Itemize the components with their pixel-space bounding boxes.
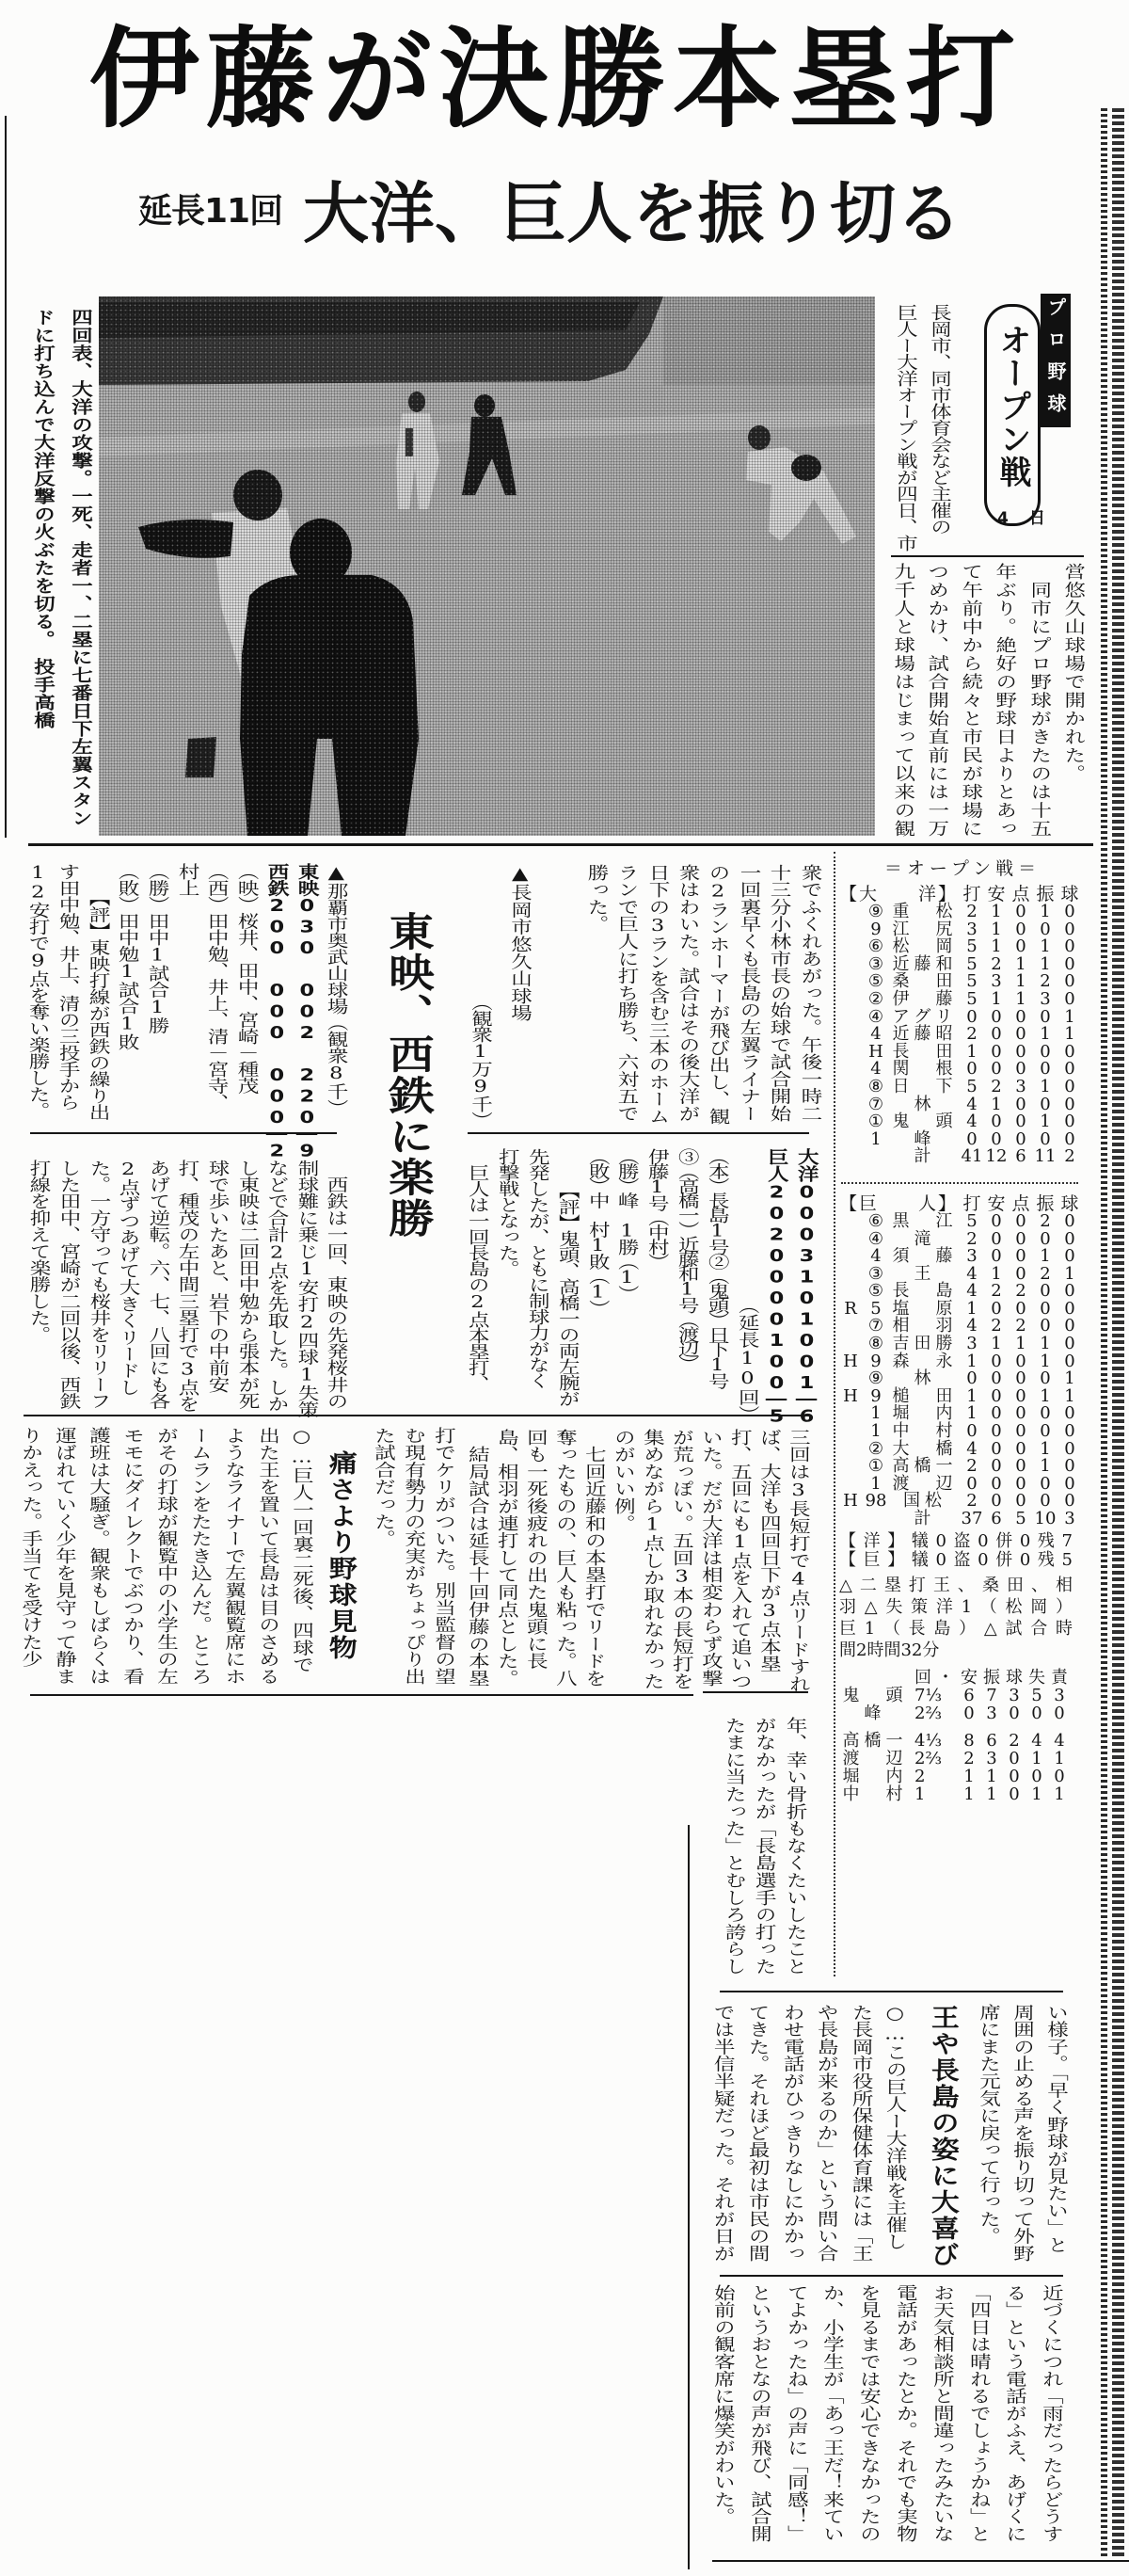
rbi: 3	[1009, 1079, 1033, 1096]
total-separator	[295, 1133, 317, 1142]
walks: 3	[1003, 1687, 1026, 1704]
substitution-mark: H	[839, 1493, 862, 1511]
team-name: 東映	[294, 863, 319, 896]
linescore: 大洋00031010016巨人20200001005	[761, 1148, 821, 1416]
pitcher-name: 堀 内	[839, 1768, 911, 1785]
team-name: 巨人	[765, 1148, 789, 1183]
rbi: 0	[1009, 1423, 1033, 1441]
innings-pitched: 7⅓	[911, 1687, 958, 1704]
headline-text: 東映、西鉄に楽勝	[380, 911, 437, 1250]
column-rule	[30, 1694, 693, 1696]
strikeouts: 0	[1033, 1423, 1057, 1441]
hits-allowed: 2	[958, 1750, 980, 1768]
column-header: 安	[958, 1669, 980, 1687]
at-bats: 2	[960, 1026, 984, 1044]
pitcher-name: 高橋一	[839, 1732, 911, 1750]
strikeouts: 7	[980, 1687, 1003, 1704]
substitution-mark: R	[839, 1301, 862, 1319]
vertical-rule	[688, 1825, 690, 2569]
position: ⑥	[862, 938, 890, 956]
rbi: 0	[1009, 1213, 1033, 1231]
hits-allowed: 8	[958, 1732, 980, 1750]
substitution-mark: H	[839, 1388, 862, 1406]
adjacent-article-edge	[1099, 108, 1127, 2558]
column-header: 失	[1026, 1669, 1048, 1687]
runs: 0	[1026, 1768, 1048, 1785]
innings-pitched: 1	[911, 1785, 958, 1803]
total-runs: 9	[294, 1142, 319, 1161]
injury-sidebar-end: い様子。「早く野球が見たい」と周囲の止める声を振り切って外野席にまた元気に戻って…	[971, 2004, 1073, 2267]
hits: 0	[984, 1248, 1009, 1266]
box-score: ＝オープン戦＝ 【大 洋】 打 安 点 振 球 ⑨ 重 松 2 1 0 1 0 …	[839, 856, 1086, 1803]
hits: 1	[984, 1336, 1009, 1353]
team-total-row: 計 41 12 6 11 2	[839, 1148, 1086, 1166]
text-column: たまに当たった」とむしろ誇らし	[713, 1717, 752, 1982]
at-bats: 5	[960, 1213, 984, 1231]
team-total-row: 計 37 6 5 10 3	[839, 1511, 1086, 1528]
walks: 0	[1057, 904, 1082, 921]
player-name: 日 下	[890, 1079, 960, 1096]
pitcher-name: 峰	[839, 1704, 911, 1722]
column-header: 振	[1033, 885, 1057, 904]
pitching-row: 渡 辺 2⅔ 2 3 0 1 1	[839, 1750, 1086, 1768]
strikeouts: 11	[1033, 1148, 1057, 1166]
photo-caption: 四回表、大洋の攻撃。一死、走者一、二塁に七番日下左翼スタンドに打ち込んで大洋反撃…	[19, 309, 99, 836]
innings-pitched: 2	[911, 1768, 958, 1785]
earned-runs: 1	[1048, 1785, 1071, 1803]
text-column: 九千人と球場はじまって以来の観	[881, 563, 923, 840]
strikeouts: 1	[1033, 1113, 1057, 1131]
venue-line: ▲長岡市悠久山球場	[504, 864, 534, 1033]
position: 1	[862, 1131, 890, 1149]
text-column: 始前の観客席に爆笑がわいた。	[699, 2284, 744, 2552]
runs: 1	[1026, 1785, 1048, 1803]
team-label: 【巨 人】	[839, 1194, 960, 1213]
player-name: 中 村	[890, 1423, 960, 1441]
heading-text: 王や長島の姿に大喜び	[919, 2005, 967, 2273]
strikeouts: 1	[980, 1785, 1003, 1803]
series-title: オープン戦	[994, 324, 1031, 488]
rbi: 1	[1009, 1336, 1033, 1353]
strikeouts: 1	[1033, 1336, 1057, 1353]
walks: 0	[1003, 1768, 1026, 1785]
at-bats: 37	[960, 1511, 984, 1528]
total-runs: 2	[264, 1142, 289, 1161]
column-header: 責	[1048, 1669, 1071, 1687]
at-bats: 41	[960, 1148, 984, 1166]
player-name: 松 岡	[890, 938, 960, 956]
earned-runs: 4	[1048, 1732, 1071, 1750]
category-label: プロ野球	[1044, 297, 1067, 425]
hits-allowed: 1	[958, 1785, 980, 1803]
hits-allowed: 6	[958, 1687, 980, 1704]
column-header: 打	[960, 885, 984, 904]
batting-row: ⑧ 日 下 5 2 3 1 0	[839, 1079, 1086, 1096]
heading-text: 痛さより野球見物	[317, 1450, 365, 1676]
main-story-continued: 衆でふくれあがった。午後一時二十三分小林市長の始球で試合開始一回裏早くも長島の左…	[580, 864, 824, 1128]
giants-taiyo-linescore-block: 大洋00031010016巨人20200001005 （延長10回） （本）長島…	[462, 1148, 821, 1416]
venue-text: ▲長岡市悠久山球場	[501, 864, 538, 1033]
game-notes: △二塁打王、桑田、相羽△失策洋1（松岡）巨1（長島）△試合時間2時間32分	[839, 1575, 1086, 1661]
earned-runs: 1	[1048, 1750, 1071, 1768]
inning-scores: 030 002 220	[294, 896, 319, 1129]
hits: 12	[984, 1148, 1009, 1166]
at-bats: 0	[960, 1423, 984, 1441]
text-column: 席にまた元気に戻って行った。	[967, 2004, 1010, 2267]
batting-row: ⑥ 黒 江 5 0 0 2 0	[839, 1213, 1086, 1231]
walks: 0	[1057, 1079, 1082, 1096]
column-rule	[712, 2560, 1129, 2562]
strikeouts: 1	[1033, 1248, 1057, 1266]
at-bats: 3	[960, 1336, 984, 1353]
batting-row: ① 鬼 頭 4 0 0 1 0	[839, 1113, 1086, 1131]
pitching-row: 中 村 1 1 1 0 1 1	[839, 1785, 1086, 1803]
main-story-body: 営悠久山球場で開かれた。 同市にプロ野球がきたのは十五年ぶり。絶好の野球日よりと…	[885, 563, 1089, 840]
player-name: 伊 藤	[890, 991, 960, 1009]
substitution-mark: H	[839, 1353, 862, 1371]
at-bats: 5	[960, 938, 984, 956]
column-rule	[30, 1132, 337, 1134]
pitching-row: 堀 内 2 1 1 0 0 0	[839, 1768, 1086, 1785]
category-band: プロ野球	[1041, 294, 1071, 427]
walks: 0	[1057, 1248, 1082, 1266]
batting-row: 4 須 藤 3 0 0 1 0	[839, 1248, 1086, 1266]
team-header: 【大 洋】 打 安 点 振 球	[839, 885, 1086, 904]
walks: 3	[1057, 1511, 1082, 1528]
text-column: 巨人ー大洋オープン戦が四日、市	[884, 304, 927, 553]
game-record: （映）桜井、田中、宮崎－種茂（西）田中勉、井上、清－宮寺、村上（勝）田中1試合1…	[112, 863, 262, 1131]
toei-nishitetsu-headline: 東映、西鉄に楽勝	[384, 911, 433, 1250]
position: ②	[862, 991, 890, 1009]
injury-sidebar-body: ○…巨人一回裏二死後、四球で出た王を置いて長島は目のさめるようなライナーで左翼観…	[13, 1427, 318, 1692]
walks: 0	[1003, 1785, 1026, 1803]
game-review-continued: 三回は3長短打で4点リードすれば、大洋も四回日下が3点本塁打、五回にも1点を入れ…	[463, 1429, 813, 1692]
team-name: 西鉄	[264, 863, 289, 896]
text-column: 12安打で9点を奪い楽勝した。	[19, 863, 56, 1131]
game-review: 【評】鬼頭、高橋一の両左腕が先発したが、ともに制球力がなく打撃戦となった。 巨人…	[462, 1148, 581, 1416]
strikeouts: 6	[980, 1732, 1003, 1750]
innings-pitched: 2⅔	[911, 1750, 958, 1768]
text-column: 巨人は一回長島の2点本塁打、	[458, 1148, 496, 1416]
batting-row: 1 中 村 0 0 0 0 0	[839, 1423, 1086, 1441]
player-name: 須 藤	[890, 1248, 960, 1266]
column-header: 回・	[911, 1669, 958, 1687]
dotted-column-separator	[834, 852, 835, 1976]
column-header: 振	[980, 1669, 1003, 1687]
column-header: 球	[1003, 1669, 1026, 1687]
player-name: 黒 江	[890, 1213, 960, 1231]
pitcher-name: 渡 辺	[839, 1750, 911, 1768]
text-column: では半信半疑だった。それが日が	[701, 2004, 744, 2267]
strikeouts: 1	[1033, 1079, 1057, 1096]
walks: 0	[1057, 1213, 1082, 1231]
newspaper-page: 伊藤が決勝本塁打 延長11回 大洋、巨人を振り切る	[0, 0, 1129, 2576]
inning-scores: 2020000100	[765, 1183, 789, 1395]
main-headline: 伊藤が決勝本塁打	[89, 24, 1023, 134]
innings-pitched: 4⅓	[911, 1732, 958, 1750]
hits: 0	[984, 1113, 1009, 1131]
batting-row: ⑥ 松 岡 5 1 0 1 0	[839, 938, 1086, 956]
pitching-row: 峰 2⅔ 0 3 0 0 0	[839, 1704, 1086, 1722]
player-name: 近藤昭	[890, 1026, 960, 1044]
injury-sidebar-continued: 年、幸い骨折もなくたいしたことがなかったが「長島選手の打ったたまに当たった」とむ…	[717, 1717, 809, 1982]
attendance-line: （観衆1万9千）	[465, 994, 495, 1126]
walks: 0	[1057, 1423, 1082, 1441]
walks: 2	[1057, 1148, 1082, 1166]
column-header: 安	[984, 885, 1009, 904]
walks: 2	[1003, 1732, 1026, 1750]
runs: 0	[1026, 1704, 1048, 1722]
position: ⑧	[862, 1336, 890, 1353]
innings-pitched: 2⅔	[911, 1704, 958, 1722]
game-note-line: 巨1（長島）△試合時	[839, 1618, 1073, 1640]
total-label: 計	[890, 1511, 960, 1528]
strikeouts: 1	[1033, 904, 1057, 921]
position: ⑧	[862, 1079, 890, 1096]
player-name: 吉田勝	[890, 1336, 960, 1353]
total-runs: 5	[765, 1407, 789, 1427]
pitching-row: 高橋一 4⅓ 8 6 2 4 4	[839, 1732, 1086, 1750]
earned-runs: 0	[1048, 1768, 1071, 1785]
main-story-lead: 長岡市、同市体育会など主催の巨人ー大洋オープン戦が四日、市	[888, 304, 956, 553]
text-column: た試合だった。	[364, 1427, 402, 1692]
at-bats: 5	[960, 991, 984, 1009]
position: ⑥	[862, 1213, 890, 1231]
hits: 0	[984, 1213, 1009, 1231]
column-header: 打	[960, 1194, 984, 1213]
earned-runs: 0	[1048, 1704, 1071, 1722]
strikeouts: 3	[980, 1704, 1003, 1722]
rbi: 0	[1009, 1026, 1033, 1044]
text-column: 勝った。	[577, 864, 615, 1128]
position: 1	[862, 1423, 890, 1441]
team-header: 【巨 人】 打 安 点 振 球	[839, 1194, 1086, 1213]
earned-runs: 3	[1048, 1687, 1071, 1704]
batting-rows: ⑥ 黒 江 5 0 0 2 0 ④ 滝 2 0 0 0 0 4 須 藤 3	[839, 1213, 1086, 1511]
hits: 0	[984, 1423, 1009, 1441]
halftone-texture	[99, 296, 875, 836]
column-header: 球	[1057, 1194, 1082, 1213]
fans-sidebar-continued: 近づくにつれ「雨だったらどうする」という電話がふえ、あげくに「四日は晴れるでしょ…	[704, 2284, 1069, 2552]
batting-row: ② 伊 藤 5 1 1 3 0	[839, 991, 1086, 1009]
rbi: 5	[1009, 1511, 1033, 1528]
team-label: 【大 洋】	[839, 885, 960, 904]
column-header: 振	[1033, 1194, 1057, 1213]
strikeouts: 10	[1033, 1511, 1057, 1528]
batting-row: ⑧ 吉田勝 3 1 1 1 0	[839, 1336, 1086, 1353]
clipping-left-border	[5, 116, 7, 838]
runs: 1	[1026, 1750, 1048, 1768]
position: 98	[862, 1493, 890, 1511]
hits: 2	[984, 1079, 1009, 1096]
column-rule	[468, 1132, 809, 1134]
rbi: 0	[1009, 1113, 1033, 1131]
pitcher-name: 鬼 頭	[839, 1687, 911, 1704]
game-record: （本）長島1号②（鬼頭）日下1号③（高橋一）近藤和1号（渡辺）伊藤1号（中村）（…	[582, 1148, 732, 1416]
column-rule	[28, 843, 1093, 846]
game-review-end: 打でケリがついた。別当監督の望む現有勢力の充実がちょっぴり出た試合だった。	[368, 1427, 458, 1692]
series-title-box: オープン戦	[984, 304, 1041, 526]
column-header: 安	[984, 1194, 1009, 1213]
walks: 0	[1003, 1750, 1026, 1768]
game-photo	[99, 296, 875, 836]
walks: 0	[1003, 1704, 1026, 1722]
strikeouts: 1	[1033, 938, 1057, 956]
game-review: 【評】東映打線が西鉄の繰り出す田中勉、井上、清の三投手から12安打で9点を奪い楽…	[23, 863, 112, 1131]
column-rule	[720, 2275, 1063, 2277]
column-rule	[720, 1991, 1063, 1992]
player-name: 重 松	[890, 904, 960, 921]
hits: 1	[984, 991, 1009, 1009]
game-note-line: 間2時間32分	[839, 1640, 1073, 1661]
walks: 0	[1057, 991, 1082, 1009]
toei-nishitetsu-story: 西鉄は一回、東映の先発桜井の制球難に乗じ1安打2四球1失策などで合計2点を先取し…	[24, 1160, 351, 1414]
text-column: りかえった。手当てを受けた少	[9, 1427, 52, 1692]
total-runs: 6	[794, 1407, 819, 1427]
position: ⑨	[862, 904, 890, 921]
batting-rows: ⑨ 重 松 2 1 0 1 0 9 江 尻 3 1 0 0 0 ⑥ 松 岡 5	[839, 904, 1086, 1148]
position: 4	[862, 1248, 890, 1266]
team-note-line: 【洋】犠0盗0併0残7	[839, 1532, 1073, 1552]
caption-column: ドに打ち込んで大洋反撃の火ぶたを切る。 投手高橋	[19, 309, 66, 836]
strikeouts: 1	[980, 1768, 1003, 1785]
inning-scores: 200 000 000	[264, 896, 289, 1129]
position: ①	[862, 1113, 890, 1131]
series-date: 4日	[997, 511, 1066, 527]
pitching-rows-giants: 高橋一 4⅓ 8 6 2 4 4 渡 辺 2⅔ 2 3 0 1 1 堀 内 2 …	[839, 1732, 1086, 1803]
rbi: 1	[1009, 991, 1033, 1009]
team-name: 大洋	[794, 1148, 819, 1183]
headline-kicker: 延長11回	[138, 195, 282, 229]
pitching-rows-taiyo: 鬼 頭 7⅓ 6 7 3 5 3 峰 2⅔ 0 3 0 0 0	[839, 1687, 1086, 1722]
rbi: 0	[1009, 1248, 1033, 1266]
strikeouts: 3	[1033, 991, 1057, 1009]
rbi: 0	[1009, 904, 1033, 921]
attendance-text: （観衆1万9千）	[461, 994, 499, 1126]
hits-allowed: 1	[958, 1768, 980, 1785]
walks: 0	[1057, 1113, 1082, 1131]
total-separator	[766, 1399, 787, 1407]
column-header: 点	[1009, 1194, 1033, 1213]
batting-row: ⑨ 重 松 2 1 0 1 0	[839, 904, 1086, 921]
walks: 1	[1057, 1026, 1082, 1044]
player-name: 鬼 頭	[890, 1113, 960, 1131]
column-header: 点	[1009, 885, 1033, 904]
inning-scores: 0003101001	[794, 1183, 819, 1395]
strikeouts: 2	[1033, 1213, 1057, 1231]
hits: 0	[984, 1026, 1009, 1044]
total-separator	[265, 1133, 287, 1142]
runs: 5	[1026, 1687, 1048, 1704]
runs: 4	[1026, 1732, 1048, 1750]
strikeouts: 3	[980, 1750, 1003, 1768]
text-column: 打線を抑えて楽勝した。	[21, 1160, 57, 1414]
strikeouts: 1	[1033, 1026, 1057, 1044]
pitching-row: 鬼 頭 7⅓ 6 7 3 5 3	[839, 1687, 1086, 1704]
hits: 6	[984, 1511, 1009, 1528]
injury-sidebar-heading: 痛さより野球見物	[320, 1450, 361, 1676]
column-header: 球	[1057, 885, 1082, 904]
pitcher-name: 中 村	[839, 1785, 911, 1803]
team-separator	[839, 1166, 1086, 1191]
at-bats: 4	[960, 1113, 984, 1131]
team-notes: 【洋】犠0盗0併0残7【巨】犠0盗0併0残5	[839, 1532, 1086, 1571]
text-column: 結局試合は延長十回伊藤の本塁	[459, 1429, 496, 1692]
column-rule	[891, 555, 1084, 557]
at-bats: 3	[960, 1248, 984, 1266]
pitching-header: 回・ 安 振 球 失 責	[839, 1669, 1086, 1687]
rbi: 0	[1009, 938, 1033, 956]
rbi: 6	[1009, 1148, 1033, 1166]
walks: 0	[1057, 1336, 1082, 1353]
linescore: 東映030 002 2209西鉄200 000 0002	[262, 863, 321, 1131]
walks: 0	[1057, 938, 1082, 956]
game-note-line: △二塁打王、桑田、相	[839, 1575, 1073, 1596]
fans-sidebar-body: ○…この巨人ー大洋戦を主催した長岡市役所保健体育課には「王や長島が来るのか」とい…	[705, 2004, 912, 2267]
box-score-title: ＝オープン戦＝	[839, 856, 1086, 881]
hits-allowed: 0	[958, 1704, 980, 1722]
batting-row: 4 近藤昭 2 0 0 1 1	[839, 1026, 1086, 1044]
sub-headline: 大洋、巨人を振り切る	[303, 181, 962, 247]
team-note-line: 【巨】犠0盗0併0残5	[839, 1551, 1073, 1571]
total-separator	[796, 1399, 818, 1407]
at-bats: 5	[960, 1079, 984, 1096]
toei-nishitetsu-linescore-block: ▲那覇市奥武山球場（観衆8千） 東映030 002 2209西鉄200 000 …	[23, 863, 351, 1131]
at-bats: 2	[960, 904, 984, 921]
hits: 1	[984, 938, 1009, 956]
position: 4	[862, 1026, 890, 1044]
game-note-line: 羽△失策洋1（松岡）	[839, 1596, 1073, 1618]
fans-sidebar-heading: 王や長島の姿に大喜び	[922, 2005, 963, 2273]
hits: 1	[984, 904, 1009, 921]
total-label: 計	[890, 1148, 960, 1166]
